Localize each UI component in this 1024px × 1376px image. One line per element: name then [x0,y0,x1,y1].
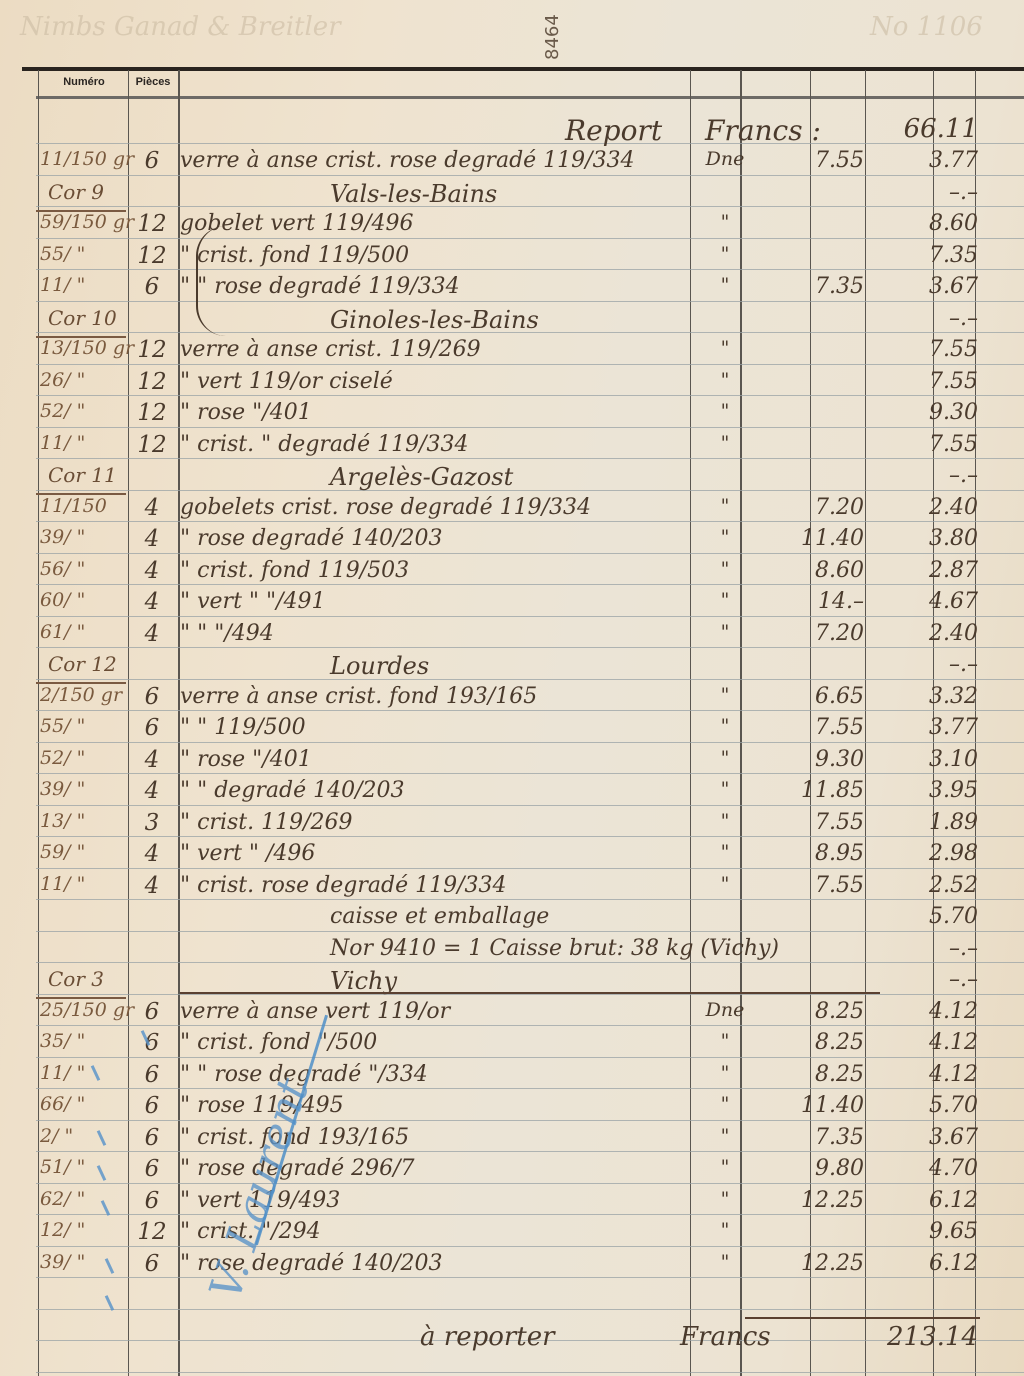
item-unit: " [700,243,750,265]
section-row: Cor 11Argelès-Gazost–.– [0,463,1024,497]
item-unit: " [700,495,750,517]
item-unit: " [700,400,750,422]
item-total: 6.12 [870,1251,978,1276]
item-total: 4.12 [870,1062,978,1087]
table-row: 11/150 gr6verre à anse crist. rose degra… [0,148,1024,182]
item-unit-price: 6.65 [752,684,864,709]
item-number: 39/ " [40,1251,128,1273]
item-total: 2.87 [870,558,978,583]
item-description: verre à anse crist. fond 193/165 [180,684,537,709]
section-row: Cor 12Lourdes–.– [0,652,1024,686]
carry-out-amount: 213.14 [870,1322,978,1352]
carry-out-currency: Francs [680,1322,771,1352]
item-number: 62/ " [40,1188,128,1210]
item-pieces: 6 [130,999,174,1025]
table-row: 55/ "6" " 119/500"7.553.77 [0,715,1024,749]
item-unit-price: 7.20 [752,495,864,520]
table-row: 11/ "12" crist. " degradé 119/334"7.55 [0,432,1024,466]
item-description: " rose degradé 140/203 [180,526,443,551]
item-unit: " [700,369,750,391]
item-unit: " [700,1125,750,1147]
report-label: Report [565,114,662,147]
item-unit-price: 7.55 [752,715,864,740]
item-total: 7.35 [870,243,978,268]
item-description: caisse et emballage [330,904,549,929]
table-row: 39/ "4" rose degradé 140/203"11.403.80 [0,526,1024,560]
item-number: 39/ " [40,526,128,548]
item-pieces: 6 [130,274,174,300]
item-total: 9.65 [870,1219,978,1244]
item-unit: " [700,873,750,895]
report-amount: 66.11 [870,114,978,144]
item-description: " " 119/500 [180,715,306,740]
report-currency: Francs : [705,114,821,147]
item-total: 4.12 [870,999,978,1024]
item-number: 59/150 gr [40,211,128,233]
item-pieces: 6 [130,1251,174,1277]
item-number: 12/ " [40,1219,128,1241]
item-description: " rose "/401 [180,400,312,425]
item-number: 35/ " [40,1030,128,1052]
item-description: " rose degradé 296/7 [180,1156,415,1181]
item-number: 55/ " [40,243,128,265]
table-row: 60/ "4" vert " "/491"14.–4.67 [0,589,1024,623]
item-pieces: 6 [130,1093,174,1119]
item-description: " crist. rose degradé 119/334 [180,873,506,898]
item-unit: " [700,211,750,233]
faint-header-left: Nimbs Ganad & Breitler [20,12,341,42]
item-number: 11/ " [40,274,128,296]
table-row: caisse et emballage5.70 [0,904,1024,938]
item-unit: " [700,274,750,296]
item-unit-price: 11.85 [752,778,864,803]
item-unit: " [700,747,750,769]
table-row: 12/ "12" crist. "/294"9.65 [0,1219,1024,1253]
item-pieces: 12 [130,1219,174,1245]
item-unit-price: 7.55 [752,873,864,898]
item-unit-price: 12.25 [752,1251,864,1276]
section-row: Cor 10Ginoles-les-Bains–.– [0,306,1024,340]
item-total: 4.67 [870,589,978,614]
item-description: " crist. 119/269 [180,810,353,835]
item-pieces: 4 [130,589,174,615]
item-description: " crist. fond "/500 [180,1030,377,1055]
item-number: 55/ " [40,715,128,737]
item-total: 7.55 [870,369,978,394]
item-number: 66/ " [40,1093,128,1115]
table-row: 2/ "6" crist. fond 193/165"7.353.67 [0,1125,1024,1159]
item-unit-price: 7.20 [752,621,864,646]
item-unit: " [700,1156,750,1178]
item-number: 11/150 gr [40,148,128,170]
item-unit: " [700,432,750,454]
item-total: –.– [870,652,978,677]
table-row: 26/ "12" vert 119/or ciselé"7.55 [0,369,1024,403]
item-total: 7.55 [870,432,978,457]
item-unit: " [700,1093,750,1115]
item-total: 3.80 [870,526,978,551]
item-unit: " [700,810,750,832]
item-pieces: 4 [130,841,174,867]
section-label: Cor 11 [48,463,117,487]
item-pieces: 4 [130,873,174,899]
table-row: 11/1504gobelets crist. rose degradé 119/… [0,495,1024,529]
faint-header-right: No 1106 [870,12,983,42]
header-numero: Numéro [40,76,128,88]
carry-out-label: à reporter [420,1322,555,1352]
item-pieces: 6 [130,715,174,741]
item-unit-price: 8.25 [752,999,864,1024]
table-row: 39/ "4" " degradé 140/203"11.853.95 [0,778,1024,812]
item-total: 3.67 [870,1125,978,1150]
item-pieces: 3 [130,810,174,836]
item-number: 52/ " [40,747,128,769]
ruling-line [36,1309,1024,1310]
item-total: 2.40 [870,495,978,520]
item-unit-price: 9.80 [752,1156,864,1181]
table-row: 61/ "4" " "/494"7.202.40 [0,621,1024,655]
item-total: 3.95 [870,778,978,803]
table-row: 11/ "6" " rose degradé 119/334"7.353.67 [0,274,1024,308]
item-total: 5.70 [870,1093,978,1118]
item-description: verre à anse crist. rose degradé 119/334 [180,148,635,173]
item-total: –.– [870,936,978,961]
carry-out-row: à reporter Francs 213.14 [0,1322,1024,1356]
item-description: " vert 119/or ciselé [180,369,393,394]
item-number: 56/ " [40,558,128,580]
table-row: 11/ "6" " rose degradé "/334"8.254.12 [0,1062,1024,1096]
item-total: 4.12 [870,1030,978,1055]
item-total: 3.77 [870,148,978,173]
item-pieces: 4 [130,778,174,804]
invoice-ledger-page: Nimbs Ganad & Breitler No 1106 8464 Numé… [0,0,1024,1376]
item-pieces: 6 [130,1125,174,1151]
table-row: 52/ "12" rose "/401"9.30 [0,400,1024,434]
header-pieces: Pièces [128,76,178,88]
item-total: 6.12 [870,1188,978,1213]
item-total: 9.30 [870,400,978,425]
item-total: 3.67 [870,274,978,299]
section-label: Cor 12 [48,652,117,676]
item-unit-price: 7.55 [752,148,864,173]
section-label: Cor 3 [48,967,104,991]
item-total: 4.70 [870,1156,978,1181]
item-unit: " [700,526,750,548]
item-total: 3.77 [870,715,978,740]
item-number: 39/ " [40,778,128,800]
item-pieces: 4 [130,558,174,584]
item-number: 59/ " [40,841,128,863]
item-number: 60/ " [40,589,128,611]
item-pieces: 6 [130,1156,174,1182]
table-row: 56/ "4" crist. fond 119/503"8.602.87 [0,558,1024,592]
table-row: 55/ "12" crist. fond 119/500"7.35 [0,243,1024,277]
item-description: verre à anse crist. 119/269 [180,337,481,362]
item-number: 11/ " [40,432,128,454]
item-unit: " [700,589,750,611]
destination-heading: Argelès-Gazost [330,463,513,491]
item-pieces: 4 [130,747,174,773]
item-number: 2/150 gr [40,684,128,706]
item-total: 8.60 [870,211,978,236]
item-number: 13/150 gr [40,337,128,359]
item-pieces: 12 [130,211,174,237]
item-unit-price: 8.25 [752,1062,864,1087]
item-pieces: 6 [130,684,174,710]
item-unit-price: 8.25 [752,1030,864,1055]
item-unit-price: 11.40 [752,1093,864,1118]
item-total: 2.52 [870,873,978,898]
item-description: " rose "/401 [180,747,312,772]
item-unit: " [700,621,750,643]
item-unit-price: 8.60 [752,558,864,583]
table-row: Nor 9410 = 1 Caisse brut: 38 kg (Vichy)–… [0,936,1024,970]
item-description: " crist. fond 119/503 [180,558,409,583]
item-pieces: 12 [130,432,174,458]
item-unit: " [700,1062,750,1084]
item-description: " crist. " degradé 119/334 [180,432,469,457]
item-unit-price: 9.30 [752,747,864,772]
table-row: 59/150 gr12gobelet vert 119/496"8.60 [0,211,1024,245]
item-total: –.– [870,306,978,331]
item-unit-price: 7.35 [752,274,864,299]
item-unit-price: 11.40 [752,526,864,551]
item-unit-price: 14.– [752,589,864,614]
table-row: 51/ "6" rose degradé 296/7"9.804.70 [0,1156,1024,1190]
item-number: 11/150 [40,495,128,517]
carry-in-row: Report Francs : 66.11 [0,114,1024,148]
item-pieces: 6 [130,148,174,174]
item-pieces: 12 [130,400,174,426]
section-row: Cor 9Vals-les-Bains–.– [0,180,1024,214]
item-description: " " "/494 [180,621,274,646]
item-unit: " [700,778,750,800]
ruling-line [36,1372,1024,1373]
table-row: 2/150 gr6verre à anse crist. fond 193/16… [0,684,1024,718]
table-row: 13/ "3" crist. 119/269"7.551.89 [0,810,1024,844]
item-unit: Dne [700,999,750,1021]
item-unit: " [700,1030,750,1052]
item-number: 25/150 gr [40,999,128,1021]
sum-line [745,1317,980,1319]
destination-heading: Vals-les-Bains [330,180,497,208]
item-total: 2.40 [870,621,978,646]
item-total: –.– [870,967,978,992]
item-pieces: 6 [130,1030,174,1056]
table-row: 62/ "6" vert 119/493"12.256.12 [0,1188,1024,1222]
item-number: 26/ " [40,369,128,391]
item-unit: " [700,715,750,737]
item-number: 51/ " [40,1156,128,1178]
item-total: 3.32 [870,684,978,709]
item-pieces: 12 [130,337,174,363]
item-number: 2/ " [40,1125,128,1147]
destination-heading: Ginoles-les-Bains [330,306,539,334]
item-description: gobelets crist. rose degradé 119/334 [180,495,591,520]
item-total: 5.70 [870,904,978,929]
item-description: " vert " /496 [180,841,315,866]
item-unit-price: 7.35 [752,1125,864,1150]
stamp-number: 8464 [542,14,563,60]
item-pieces: 4 [130,621,174,647]
section-label: Cor 10 [48,306,117,330]
top-rule [22,67,1024,71]
table-row: 13/150 gr12verre à anse crist. 119/269"7… [0,337,1024,371]
faint-bleedthrough-header: Nimbs Ganad & Breitler No 1106 [10,12,1010,52]
item-unit: " [700,841,750,863]
header-rule [36,96,1024,99]
item-number: 13/ " [40,810,128,832]
table-row: 39/ "6" rose degradé 140/203"12.256.12 [0,1251,1024,1285]
destination-heading: Lourdes [330,652,429,680]
table-row: 66/ "6" rose 119/495"11.405.70 [0,1093,1024,1127]
item-pieces: 4 [130,526,174,552]
crate-separator-line [180,992,880,994]
section-label: Cor 9 [48,180,104,204]
item-unit-price: 12.25 [752,1188,864,1213]
item-unit: " [700,558,750,580]
section-row: Cor 3Vichy–.– [0,967,1024,1001]
item-total: –.– [870,180,978,205]
item-pieces: 4 [130,495,174,521]
item-number: 11/ " [40,1062,128,1084]
item-description: " " degradé 140/203 [180,778,405,803]
item-description: verre à anse vert 119/or [180,999,450,1024]
item-unit: Dne [700,148,750,170]
item-unit: " [700,337,750,359]
destination-heading: Vichy [330,967,397,995]
item-number: 61/ " [40,621,128,643]
item-unit: " [700,684,750,706]
item-total: 2.98 [870,841,978,866]
item-number: 11/ " [40,873,128,895]
item-pieces: 6 [130,1188,174,1214]
item-unit: " [700,1251,750,1273]
item-total: 1.89 [870,810,978,835]
table-row: 59/ "4" vert " /496"8.952.98 [0,841,1024,875]
item-unit: " [700,1219,750,1241]
item-pieces: 12 [130,369,174,395]
item-number: 52/ " [40,400,128,422]
item-description: Nor 9410 = 1 Caisse brut: 38 kg (Vichy) [330,936,779,961]
table-row: 25/150 gr6verre à anse vert 119/orDne8.2… [0,999,1024,1033]
item-pieces: 12 [130,243,174,269]
item-pieces: 6 [130,1062,174,1088]
item-total: 3.10 [870,747,978,772]
item-unit: " [700,1188,750,1210]
item-total: –.– [870,463,978,488]
item-unit-price: 8.95 [752,841,864,866]
item-total: 7.55 [870,337,978,362]
item-unit-price: 7.55 [752,810,864,835]
item-description: " vert " "/491 [180,589,326,614]
table-row: 52/ "4" rose "/401"9.303.10 [0,747,1024,781]
table-row: 11/ "4" crist. rose degradé 119/334"7.55… [0,873,1024,907]
table-row: 35/ "6" crist. fond "/500"8.254.12 [0,1030,1024,1064]
bracket-mark [196,226,258,336]
